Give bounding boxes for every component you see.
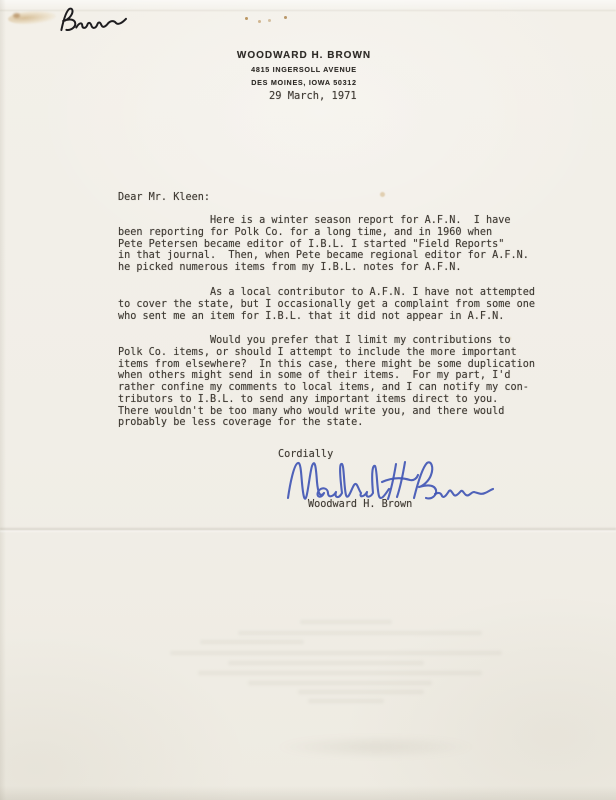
bleed-line <box>298 690 424 694</box>
bleed-smudge <box>278 736 474 758</box>
bleed-line <box>300 620 392 624</box>
bleed-line <box>198 671 482 675</box>
bleed-through-text <box>0 0 616 800</box>
bleed-line <box>228 661 424 665</box>
bleed-line <box>170 651 502 655</box>
bleed-line <box>200 640 304 644</box>
bleed-line <box>308 699 384 703</box>
letter-page: WOODWARD H. BROWN 4815 INGERSOLL AVENUE … <box>0 0 616 800</box>
bleed-line <box>238 631 482 635</box>
bleed-line <box>248 681 432 685</box>
